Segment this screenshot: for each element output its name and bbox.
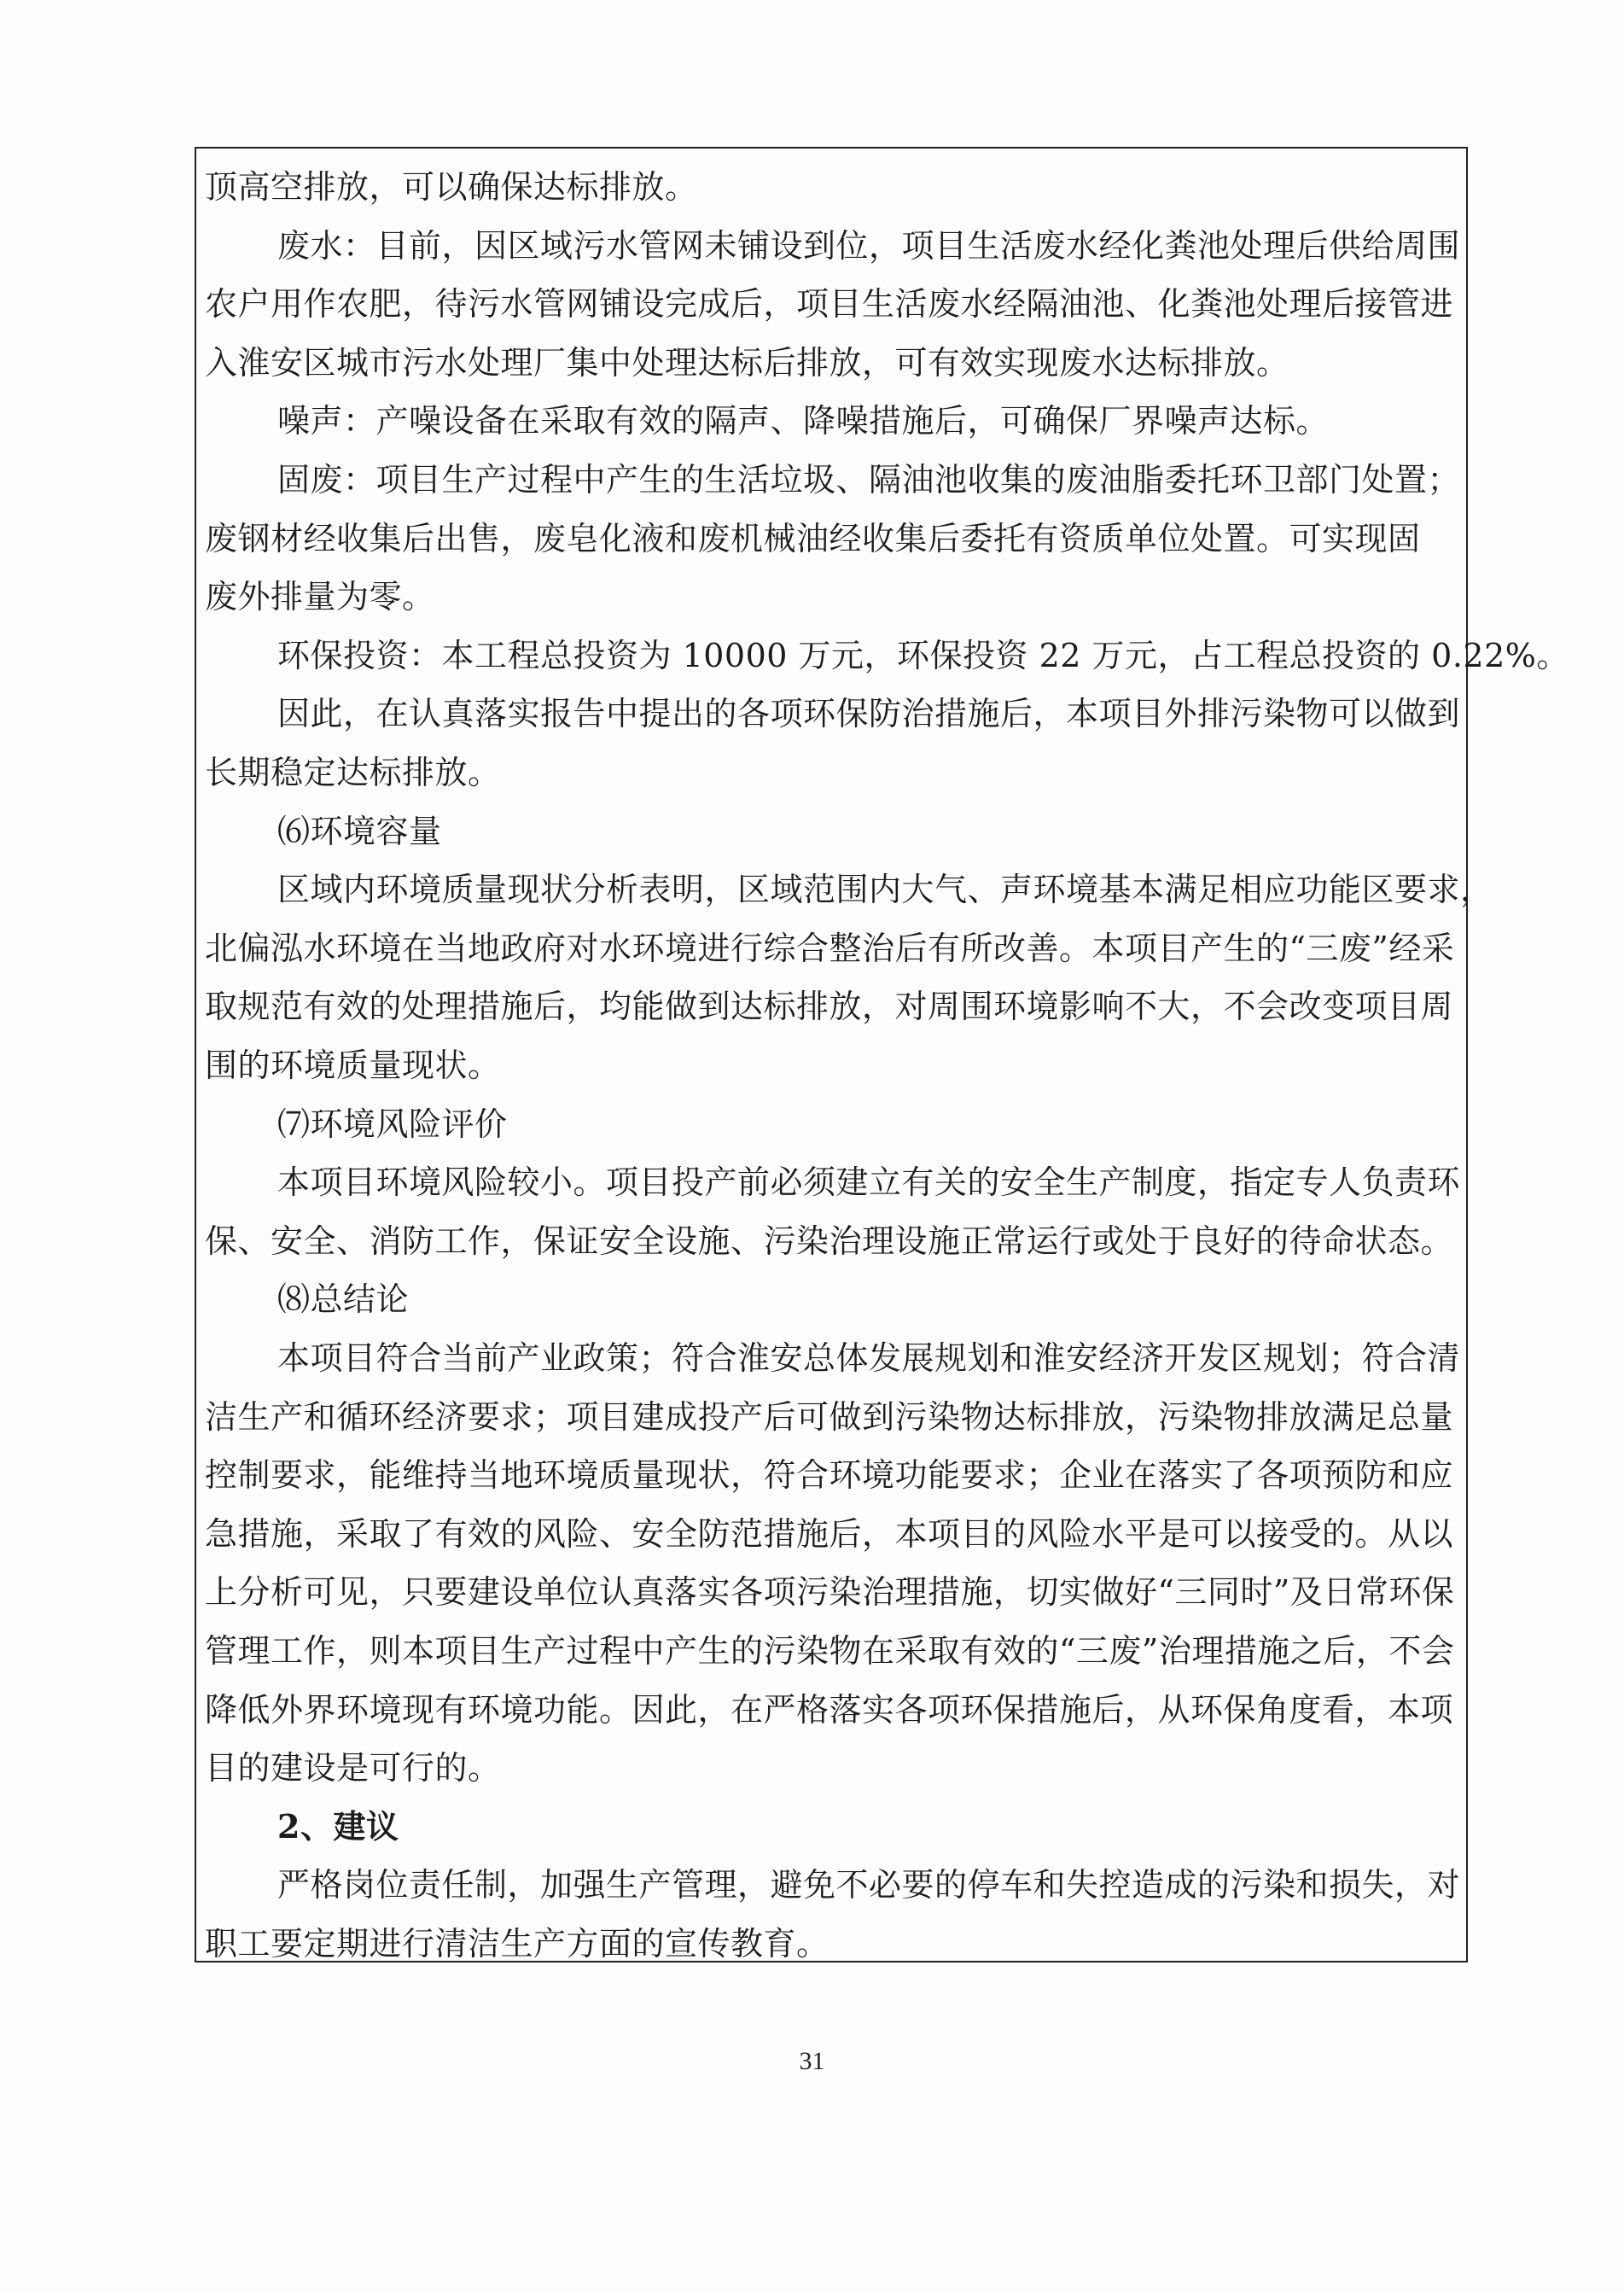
text-line: 顶高空排放，可以确保达标排放。 [205,166,698,208]
text-line: 噪声：产噪设备在采取有效的隔声、降噪措施后，可确保厂界噪声达标。 [277,399,1329,442]
text-line: 洁生产和循环经济要求；项目建成投产后可做到污染物达标排放，污染物排放满足总量 [205,1396,1453,1438]
text-line: ⑺环境风险评价 [277,1103,508,1146]
text-line: 控制要求，能维持当地环境质量现状，符合环境功能要求；企业在落实了各项预防和应 [205,1454,1453,1496]
text-line: ⑹环境容量 [277,810,442,853]
text-line: 保、安全、消防工作，保证安全设施、污染治理设施正常运行或处于良好的待命状态。 [205,1220,1453,1263]
text-line: 废水：目前，因区域污水管网未铺设到位，项目生活废水经化粪池处理后供给周围 [277,225,1460,267]
text-line: 固废：项目生产过程中产生的生活垃圾、隔油池收集的废油脂委托环卫部门处置； [277,458,1460,501]
page-number: 31 [0,2047,1624,2076]
text-line: 本项目环境风险较小。项目投产前必须建立有关的安全生产制度，指定专人负责环 [277,1161,1460,1204]
text-line: 严格岗位责任制，加强生产管理，避免不必要的停车和失控造成的污染和损失，对 [277,1863,1460,1906]
content-frame: 顶高空排放，可以确保达标排放。废水：目前，因区域污水管网未铺设到位，项目生活废水… [195,147,1468,1962]
text-line: 区域内环境质量现状分析表明，区域范围内大气、声环境基本满足相应功能区要求， [277,868,1493,911]
text-line: 本项目符合当前产业政策；符合淮安总体发展规划和淮安经济开发区规划；符合清 [277,1337,1460,1379]
text-line: 长期稳定达标排放。 [205,751,501,794]
text-line: 废外排量为零。 [205,575,435,618]
text-line: ⑻总结论 [277,1278,409,1321]
text-line: 急措施，采取了有效的风险、安全防范措施后，本项目的风险水平是可以接受的。从以 [205,1513,1453,1555]
text-line: 农户用作农肥，待污水管网铺设完成后，项目生活废水经隔油池、化粪池处理后接管进 [205,283,1453,325]
text-line: 取规范有效的处理措施后，均能做到达标排放，对周围环境影响不大，不会改变项目周 [205,985,1453,1028]
text-line: 废钢材经收集后出售，废皂化液和废机械油经收集后委托有资质单位处置。可实现固 [205,517,1421,560]
text-line: 环保投资：本工程总投资为 10000 万元，环保投资 22 万元，占工程总投资的… [277,634,1569,677]
document-page: 顶高空排放，可以确保达标排放。废水：目前，因区域污水管网未铺设到位，项目生活废水… [0,0,1624,2292]
section-heading: 2、建议 [277,1805,399,1848]
text-line: 上分析可见，只要建设单位认真落实各项污染治理措施，切实做好“三同时”及日常环保 [205,1571,1454,1613]
text-line: 入淮安区城市污水处理厂集中处理达标后排放，可有效实现废水达标排放。 [205,341,1289,384]
text-line: 降低外界环境现有环境功能。因此，在严格落实各项环保措施后，从环保角度看，本项 [205,1688,1453,1731]
text-line: 北偏泓水环境在当地政府对水环境进行综合整治后有所改善。本项目产生的“三废”经采 [205,927,1454,970]
text-line: 管理工作，则本项目生产过程中产生的污染物在采取有效的“三废”治理措施之后，不会 [205,1630,1454,1672]
text-line: 目的建设是可行的。 [205,1747,501,1789]
text-line: 围的环境质量现状。 [205,1044,501,1087]
text-line: 因此，在认真落实报告中提出的各项环保防治措施后，本项目外排污染物可以做到 [277,692,1460,735]
text-line: 职工要定期进行清洁生产方面的宣传教育。 [205,1922,829,1965]
